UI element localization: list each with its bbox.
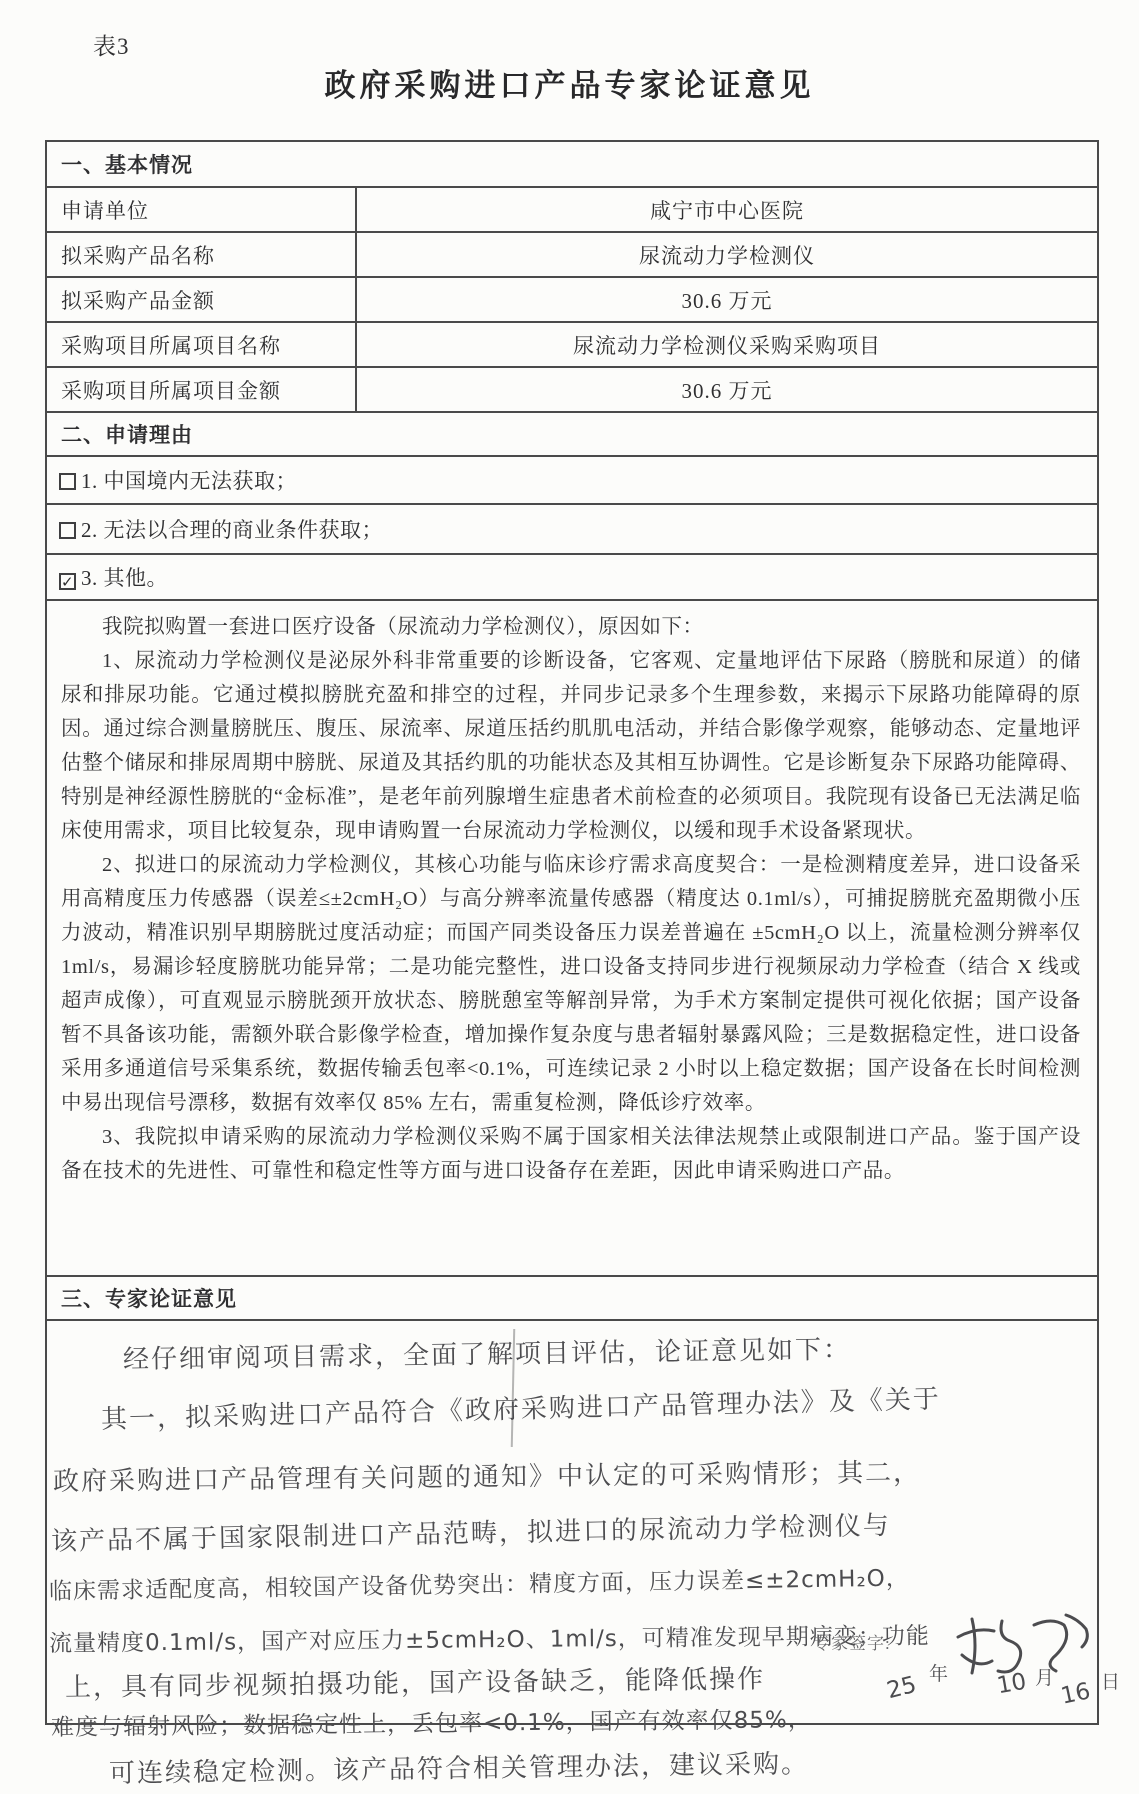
main-form-table: 一、基本情况 申请单位 咸宁市中心医院 拟采购产品名称 尿流动力学检测仪 拟采购… bbox=[45, 140, 1099, 1725]
reason-detail-paragraph-2: 2、拟进口的尿流动力学检测仪，其核心功能与临床诊疗需求高度契合：一是检测精度差异… bbox=[61, 848, 1081, 1120]
row-label-product-name: 拟采购产品名称 bbox=[47, 233, 357, 276]
row-label-applicant: 申请单位 bbox=[47, 188, 357, 231]
reason-detail-paragraph-1: 1、尿流动力学检测仪是泌尿外科非常重要的诊断设备，它客观、定量地评估下尿路（膀胱… bbox=[61, 644, 1081, 848]
table-row: 采购项目所属项目名称 尿流动力学检测仪采购采购项目 bbox=[47, 323, 1097, 368]
reason-option-1: 1. 中国境内无法获取； bbox=[47, 457, 1097, 505]
scanned-form-page: 表3 政府采购进口产品专家论证意见 一、基本情况 申请单位 咸宁市中心医院 拟采… bbox=[0, 0, 1139, 1794]
reason-detail-intro: 我院拟购置一套进口医疗设备（尿流动力学检测仪），原因如下： bbox=[61, 610, 1081, 644]
checkbox-unchecked-icon[interactable] bbox=[59, 522, 76, 539]
section-basic-info-heading: 一、基本情况 bbox=[47, 142, 1097, 188]
row-value-product-amount: 30.6 万元 bbox=[357, 285, 1097, 315]
row-value-applicant: 咸宁市中心医院 bbox=[357, 195, 1097, 225]
reason-option-2: 2. 无法以合理的商业条件获取； bbox=[47, 505, 1097, 555]
checkbox-checked-icon[interactable]: ✓ bbox=[59, 573, 76, 590]
checkbox-unchecked-icon[interactable] bbox=[59, 473, 76, 490]
row-value-project-amount: 30.6 万元 bbox=[357, 375, 1097, 405]
reason-option-1-label: 1. 中国境内无法获取； bbox=[81, 469, 297, 493]
row-label-project-name: 采购项目所属项目名称 bbox=[47, 323, 357, 366]
expert-opinion-cell bbox=[47, 1321, 1097, 1723]
section-reason-heading: 二、申请理由 bbox=[47, 413, 1097, 457]
form-number-label: 表3 bbox=[93, 28, 130, 61]
table-row: 申请单位 咸宁市中心医院 bbox=[47, 188, 1097, 233]
date-day-unit: 日 bbox=[1101, 1667, 1120, 1694]
reason-detail-cell: 我院拟购置一套进口医疗设备（尿流动力学检测仪），原因如下： 1、尿流动力学检测仪… bbox=[47, 601, 1097, 1277]
row-label-product-amount: 拟采购产品金额 bbox=[47, 278, 357, 321]
row-label-project-amount: 采购项目所属项目金额 bbox=[47, 368, 357, 411]
table-row: 拟采购产品名称 尿流动力学检测仪 bbox=[47, 233, 1097, 278]
section-expert-opinion-heading: 三、专家论证意见 bbox=[47, 1277, 1097, 1321]
reason-detail-paragraph-3: 3、我院拟申请采购的尿流动力学检测仪采购不属于国家相关法律法规禁止或限制进口产品… bbox=[61, 1120, 1081, 1188]
reason-option-3-label: 3. 其他。 bbox=[81, 566, 168, 590]
page-title: 政府采购进口产品专家论证意见 bbox=[0, 60, 1139, 105]
row-value-project-name: 尿流动力学检测仪采购采购项目 bbox=[357, 330, 1097, 360]
row-value-product-name: 尿流动力学检测仪 bbox=[357, 240, 1097, 270]
table-row: 采购项目所属项目金额 30.6 万元 bbox=[47, 368, 1097, 413]
handwriting-line: 可连续稳定检测。该产品符合相关管理办法，建议采购。 bbox=[109, 1743, 809, 1790]
table-row: 拟采购产品金额 30.6 万元 bbox=[47, 278, 1097, 323]
reason-option-2-label: 2. 无法以合理的商业条件获取； bbox=[81, 518, 383, 542]
reason-option-3: ✓3. 其他。 bbox=[47, 555, 1097, 601]
